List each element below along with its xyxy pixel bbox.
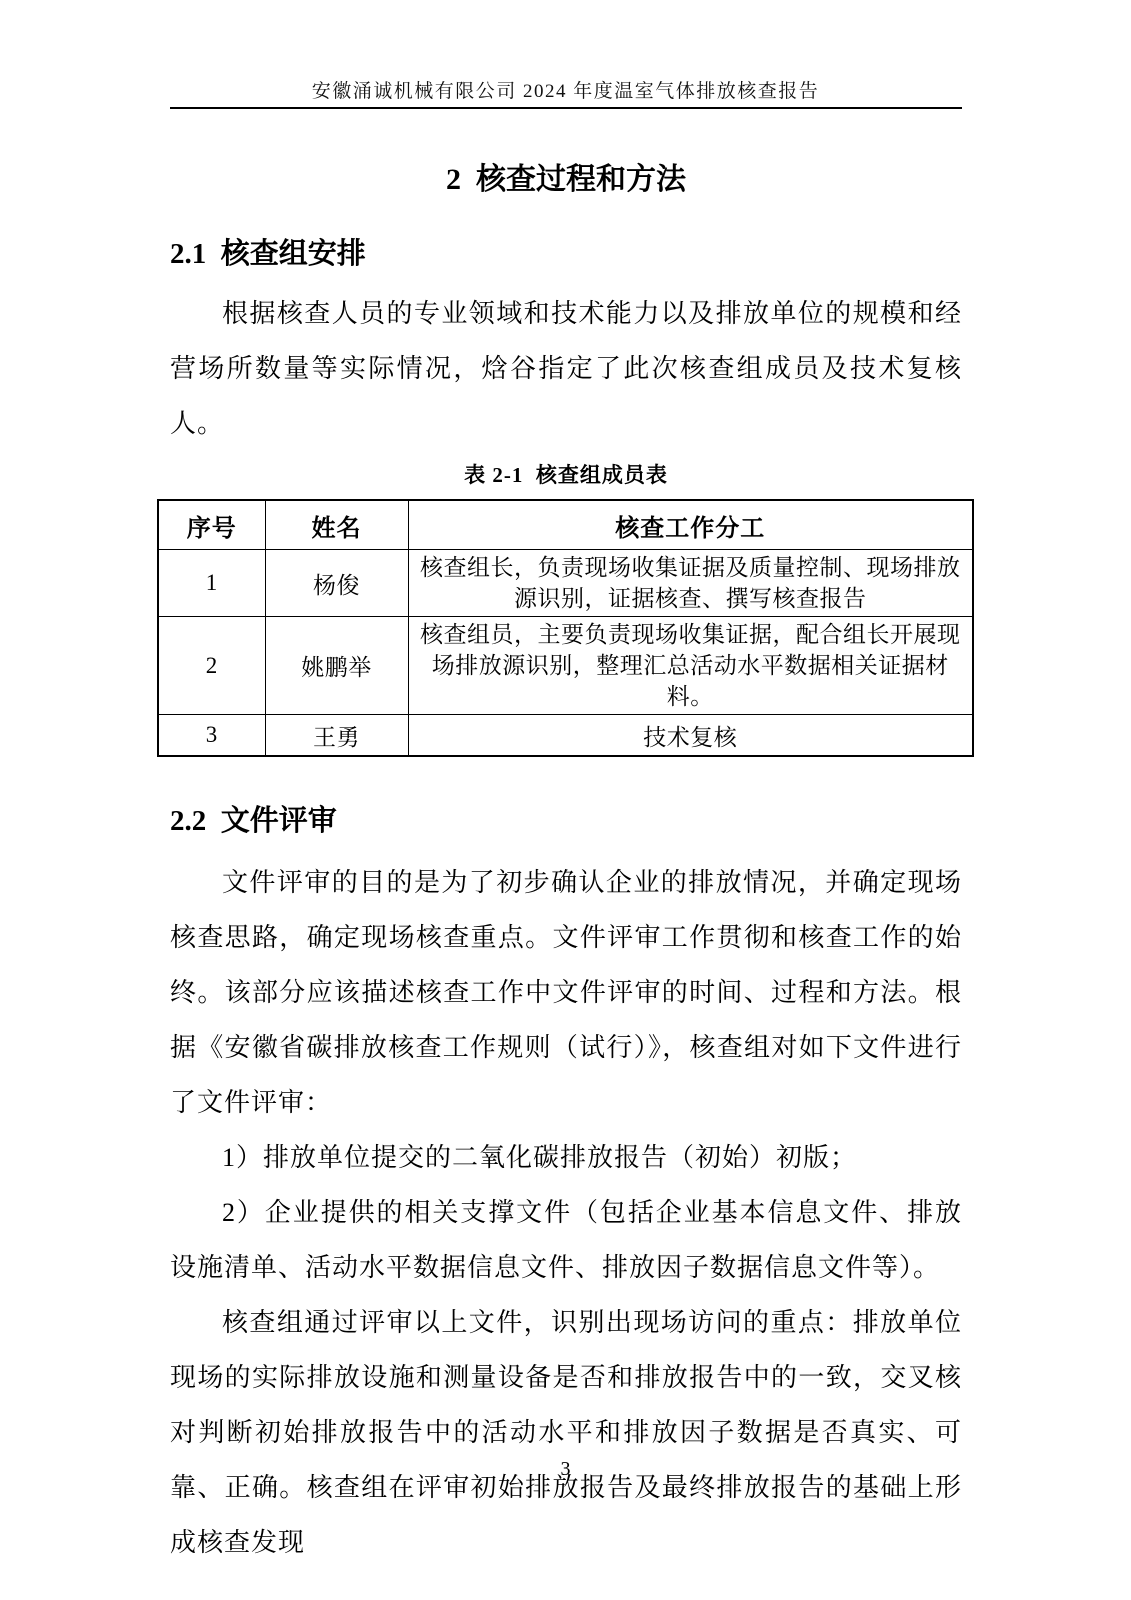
document-page: 安徽涌诚机械有限公司 2024 年度温室气体排放核查报告 2 核查过程和方法 2… — [0, 0, 1131, 1600]
section-2-2-paragraph-1: 文件评审的目的是为了初步确认企业的排放情况，并确定现场核查思路，确定现场核查重点… — [170, 855, 962, 1130]
section-2-1-paragraph: 根据核查人员的专业领域和技术能力以及排放单位的规模和经营场所数量等实际情况，焓谷… — [170, 286, 962, 451]
members-table: 序号 姓名 核查工作分工 1 杨俊 核查组长，负责现场收集证据及质量控制、现场排… — [157, 499, 974, 757]
list-item-1: 1）排放单位提交的二氧化碳排放报告（初始）初版； — [170, 1130, 962, 1185]
table-cell-duty: 技术复核 — [408, 715, 973, 757]
table-cell-duty: 核查组员，主要负责现场收集证据，配合组长开展现场排放源识别，整理汇总活动水平数据… — [408, 617, 973, 715]
table-cell-index: 3 — [158, 715, 265, 757]
list-item-2: 2）企业提供的相关支撑文件（包括企业基本信息文件、排放设施清单、活动水平数据信息… — [170, 1185, 962, 1295]
table-cell-index: 2 — [158, 617, 265, 715]
table-cell-name: 杨俊 — [265, 550, 408, 617]
table-cell-name: 姚鹏举 — [265, 617, 408, 715]
table-cell-name: 王勇 — [265, 715, 408, 757]
table-header-cell-duty: 核查工作分工 — [408, 500, 973, 550]
header-rule — [170, 107, 962, 109]
table-header-cell-index: 序号 — [158, 500, 265, 550]
table-cell-index: 1 — [158, 550, 265, 617]
table-header-cell-name: 姓名 — [265, 500, 408, 550]
section-heading-2-1: 2.1 核查组安排 — [170, 234, 962, 274]
page-title: 2 核查过程和方法 — [170, 158, 962, 202]
table-caption: 表 2-1 核查组成员表 — [170, 461, 962, 489]
document-header: 安徽涌诚机械有限公司 2024 年度温室气体排放核查报告 — [0, 76, 1131, 103]
table-cell-duty: 核查组长，负责现场收集证据及质量控制、现场排放源识别，证据核查、撰写核查报告 — [408, 550, 973, 617]
table-row: 1 杨俊 核查组长，负责现场收集证据及质量控制、现场排放源识别，证据核查、撰写核… — [158, 550, 973, 617]
table-row: 2 姚鹏举 核查组员，主要负责现场收集证据，配合组长开展现场排放源识别，整理汇总… — [158, 617, 973, 715]
table-row: 3 王勇 技术复核 — [158, 715, 973, 757]
section-2-2-paragraph-2: 核查组通过评审以上文件，识别出现场访问的重点：排放单位现场的实际排放设施和测量设… — [170, 1295, 962, 1570]
section-heading-2-2: 2.2 文件评审 — [170, 801, 962, 841]
footer-page-number: 3 — [0, 1458, 1131, 1481]
document-content: 2 核查过程和方法 2.1 核查组安排 根据核查人员的专业领域和技术能力以及排放… — [170, 140, 962, 1570]
table-header-row: 序号 姓名 核查工作分工 — [158, 500, 973, 550]
